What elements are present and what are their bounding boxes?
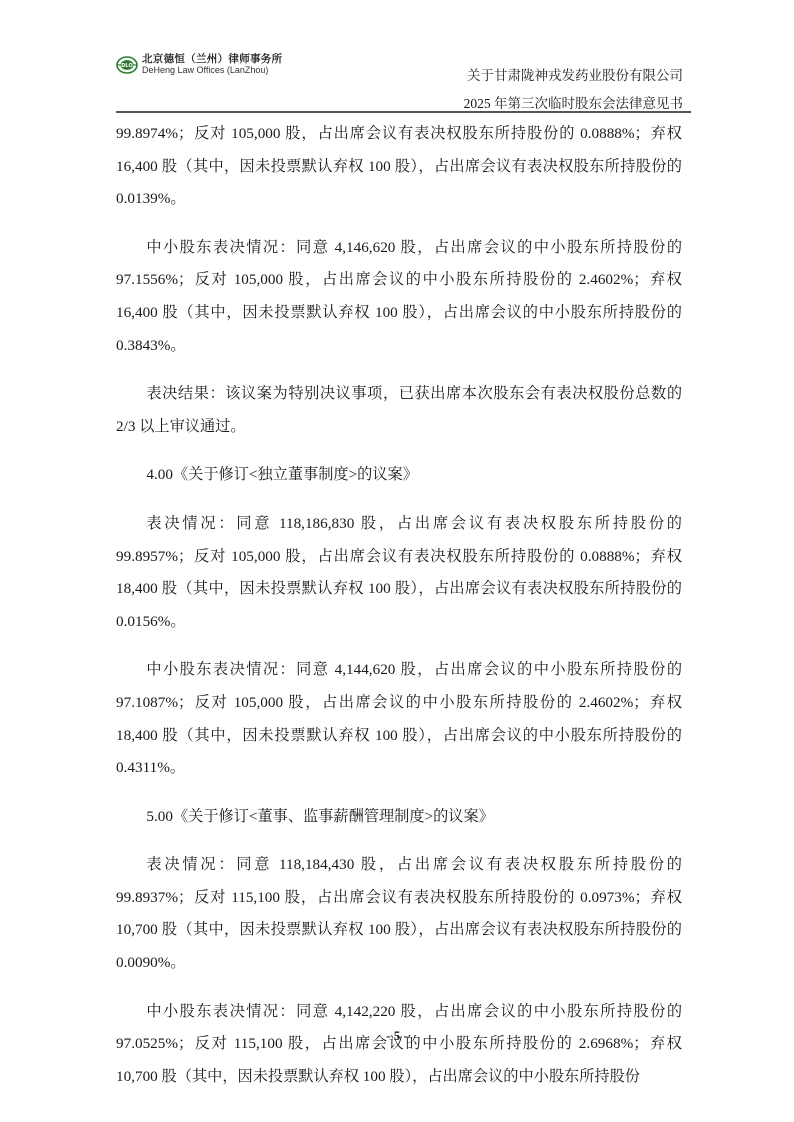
firm-name-cn: 北京德恒（兰州）律师事务所 <box>142 54 282 66</box>
item-5-title: 5.00《关于修订<董事、监事薪酬管理制度>的议案》 <box>116 801 682 834</box>
page-number: - 5 - <box>0 1028 794 1044</box>
paragraph-continued-vote: 99.8974%；反对 105,000 股，占出席会议有表决权股东所持股份的 0… <box>116 118 682 216</box>
item-5-minority-vote: 中小股东表决情况：同意 4,142,220 股，占出席会议的中小股东所持股份的 … <box>116 996 682 1094</box>
item-4-title: 4.00《关于修订<独立董事制度>的议案》 <box>116 459 682 492</box>
paragraph-minority-vote: 中小股东表决情况：同意 4,146,620 股，占出席会议的中小股东所持股份的 … <box>116 232 682 362</box>
svg-text:DLO: DLO <box>121 63 132 69</box>
document-body: 99.8974%；反对 105,000 股，占出席会议有表决权股东所持股份的 0… <box>116 118 682 1093</box>
paragraph-vote-result: 表决结果：该议案为特别决议事项，已获出席本次股东会有表决权股份总数的 2/3 以… <box>116 378 682 443</box>
item-5-vote: 表决情况：同意 118,184,430 股，占出席会议有表决权股东所持股份的 9… <box>116 849 682 979</box>
item-4-minority-vote: 中小股东表决情况：同意 4,144,620 股，占出席会议的中小股东所持股份的 … <box>116 654 682 784</box>
header-company-title: 关于甘肃陇神戎发药业股份有限公司 <box>467 64 683 84</box>
header-document-title: 2025 年第三次临时股东会法律意见书 <box>464 92 683 112</box>
deheng-logo-icon: DLO <box>116 56 138 74</box>
firm-name-en: DeHeng Law Offices (LanZhou) <box>142 66 282 76</box>
page-header: DLO 北京德恒（兰州）律师事务所 DeHeng Law Offices (La… <box>116 50 691 112</box>
header-divider <box>116 111 691 113</box>
firm-logo: DLO 北京德恒（兰州）律师事务所 DeHeng Law Offices (La… <box>116 54 282 75</box>
item-4-vote: 表决情况：同意 118,186,830 股，占出席会议有表决权股东所持股份的 9… <box>116 508 682 638</box>
